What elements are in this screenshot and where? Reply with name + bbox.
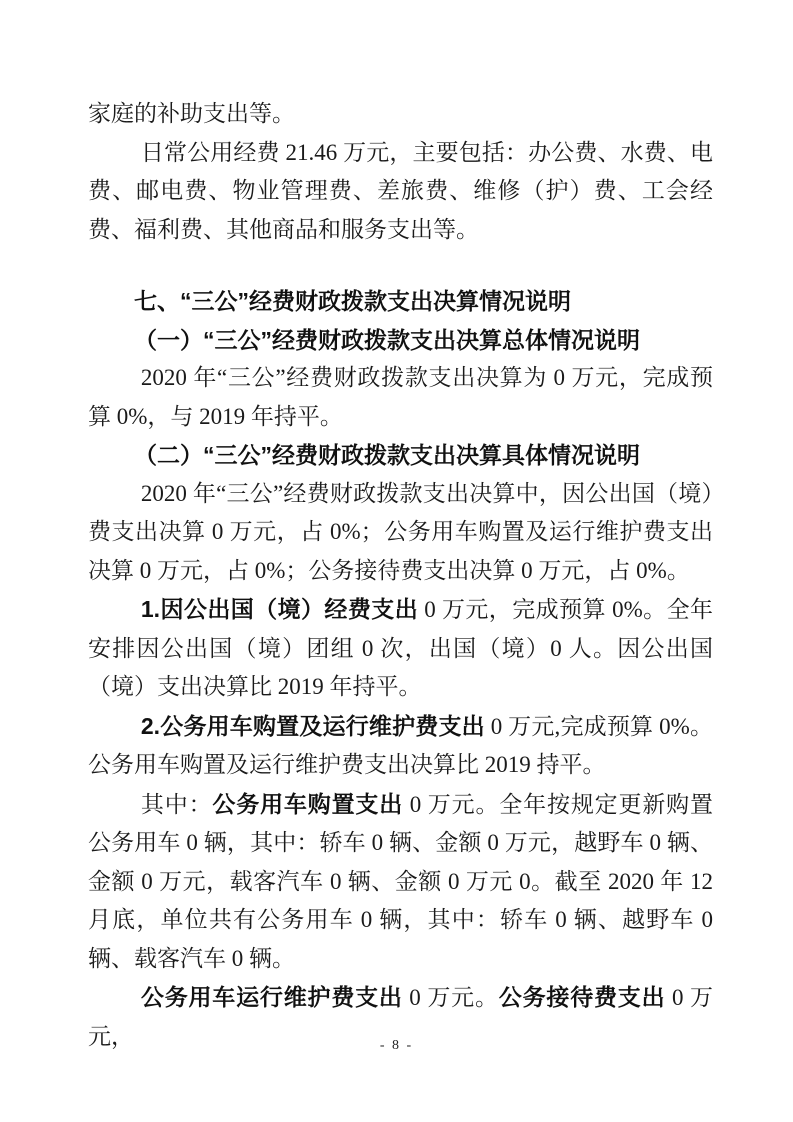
heading-subsection-one: （一）“三公”经费财政拨款支出决算总体情况说明 <box>88 321 713 360</box>
page-number: - 8 - <box>0 1038 793 1054</box>
paragraph-carryover: 家庭的补助支出等。 <box>88 95 713 134</box>
paragraph-item3-vehicle-purchase: 其中：公务用车购置支出 0 万元。全年按规定更新购置公务用车 0 辆，其中：轿车… <box>88 785 713 979</box>
item4-bold-maintenance: 公务用车运行维护费支出 <box>141 984 403 1010</box>
item3-rest-text: 0 万元。全年按规定更新购置公务用车 0 辆，其中：轿车 0 辆、金额 0 万元… <box>88 792 713 971</box>
item1-bold-lead: 1.因公出国（境）经费支出 <box>141 596 418 622</box>
paragraph-item1-abroad: 1.因公出国（境）经费支出 0 万元，完成预算 0%。全年安排因公出国（境）团组… <box>88 590 713 707</box>
item4-bold-reception: 公务接待费支出 <box>499 984 666 1010</box>
item4-mid-text: 0 万元。 <box>403 985 499 1010</box>
item2-bold-lead: 2.公务用车购置及运行维护费支出 <box>141 713 485 739</box>
paragraph-overall-situation: 2020 年“三公”经费财政拨款支出决算为 0 万元，完成预算 0%，与 201… <box>88 359 713 436</box>
item3-prefix-text: 其中： <box>141 792 213 817</box>
paragraph-detail-breakdown: 2020 年“三公”经费财政拨款支出决算中，因公出国（境）费支出决算 0 万元，… <box>88 475 713 591</box>
paragraph-item2-vehicle: 2.公务用车购置及运行维护费支出 0 万元,完成预算 0%。公务用车购置及运行维… <box>88 707 713 785</box>
heading-section-seven: 七、“三公”经费财政拨款支出决算情况说明 <box>88 282 713 321</box>
document-page: 家庭的补助支出等。 日常公用经费 21.46 万元，主要包括：办公费、水费、电费… <box>0 0 793 1122</box>
item3-bold-lead: 公务用车购置支出 <box>212 791 403 817</box>
document-content: 家庭的补助支出等。 日常公用经费 21.46 万元，主要包括：办公费、水费、电费… <box>88 95 713 1056</box>
heading-subsection-two: （二）“三公”经费财政拨款支出决算具体情况说明 <box>88 436 713 475</box>
paragraph-daily-public-expense: 日常公用经费 21.46 万元，主要包括：办公费、水费、电费、邮电费、物业管理费… <box>88 134 713 250</box>
